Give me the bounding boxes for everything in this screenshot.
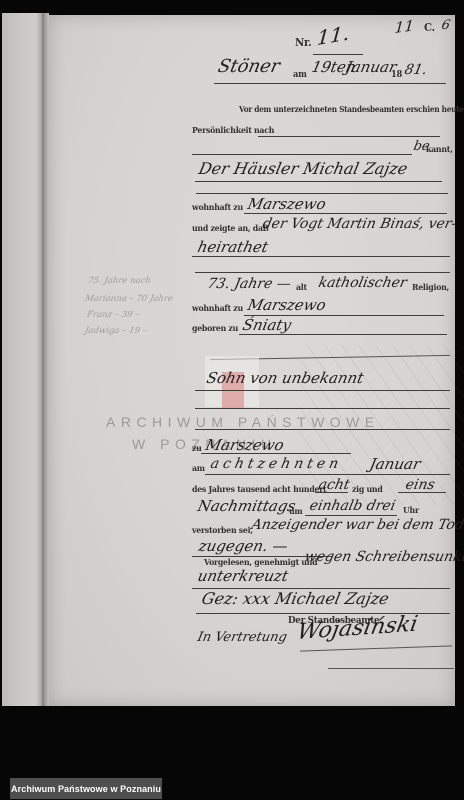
deceased-name-handwritten: der Vogt Martin Binaś, ver- <box>261 216 458 232</box>
um-label: um <box>289 507 302 517</box>
margin-note-line2: Marianna – 70 Jahre <box>84 294 174 304</box>
ruled-line <box>192 256 450 257</box>
year-tens-handwritten: acht <box>317 477 351 493</box>
archive-banner-label: Archiwum Państwowe w Poznaniu <box>11 784 161 794</box>
declarant-residence-handwritten: Marszewo <box>246 195 328 213</box>
ruled-line <box>315 492 348 493</box>
ruled-line <box>398 492 446 493</box>
death-day-handwritten: achtzehnten <box>209 456 344 472</box>
death-place-handwritten: Marszewo <box>204 436 286 454</box>
adjacent-page-edge <box>2 13 42 706</box>
corner-classification-letter: C. <box>424 21 435 34</box>
deputy-note-handwritten: In Vertretung <box>196 630 288 645</box>
anzeige-label: und zeigte an, daß <box>192 224 268 234</box>
year-ones-handwritten: eins <box>404 477 436 493</box>
birthplace-handwritten: Śniaty <box>241 316 293 334</box>
ruled-line <box>328 668 454 669</box>
year-prefix-printed: 18 <box>391 70 402 80</box>
deceased-status-handwritten: heirathet <box>196 238 270 256</box>
ruled-line <box>258 136 440 137</box>
corner-page-number-handwritten: 11 <box>394 17 415 37</box>
year-handwritten: 81. <box>403 62 429 78</box>
persoenlichkeit-label: Persönlichkeit nach <box>192 126 274 136</box>
ruled-line <box>313 54 363 55</box>
geboren-label: geboren zu <box>192 324 238 334</box>
closing-note-handwritten-2: unterkreuzt <box>196 567 290 585</box>
ruled-line <box>195 390 450 391</box>
witness-note-handwritten-1: Anzeigender war bei dem Tode <box>250 517 464 533</box>
nr-label: Nr. <box>295 36 311 49</box>
declarant-signature-handwritten: Gez: xxx Michael Zajze <box>200 589 391 608</box>
bekannt-label: kannt, <box>426 145 453 155</box>
religion-handwritten: katholischer <box>317 275 408 291</box>
margin-note-line1: 75. Jahre nach <box>87 276 152 286</box>
ruled-line <box>214 83 446 84</box>
wohnhaft-label-1: wohnhaft zu <box>192 203 243 213</box>
year-line-label: des Jahres tausend acht hundert <box>192 485 326 495</box>
verstorben-label: verstorben sei, <box>192 526 253 536</box>
daytime-handwritten: Nachmittags <box>196 497 297 515</box>
archive-scan: 11 C. 6 Nr. 11. Stöner am 19ten Januar 1… <box>0 0 464 800</box>
archive-watermark-line1: ARCHIWUM PAŃSTWOWE <box>106 414 380 430</box>
uhr-label: Uhr <box>403 506 419 516</box>
deceased-residence-handwritten: Marszewo <box>246 296 328 314</box>
ruled-line <box>244 213 447 214</box>
registry-place-handwritten: Stöner <box>216 56 282 77</box>
form-intro-line: Vor dem unterzeichneten Standesbeamten e… <box>239 104 464 114</box>
declarant-name-handwritten: Der Häusler Michal Zajze <box>197 159 409 178</box>
hour-handwritten: einhalb drei <box>308 498 397 514</box>
ruled-line <box>239 334 447 335</box>
closing-note-handwritten-1: wegen Schreibensunkunde <box>303 549 464 565</box>
ruled-line <box>195 181 442 182</box>
ruled-line <box>195 272 450 273</box>
wohnhaft-label-2: wohnhaft zu <box>192 304 243 314</box>
age-handwritten: 73. Jahre — <box>206 276 293 292</box>
witness-note-handwritten-2: zugegen. — <box>197 537 290 555</box>
archive-banner: Archiwum Państwowe w Poznaniu <box>10 778 162 799</box>
am-label-2: am <box>192 464 205 474</box>
ruled-line <box>201 453 351 454</box>
am-label: am <box>293 70 307 80</box>
ruled-line <box>205 474 450 475</box>
margin-note-line3: Franz – 39 – <box>86 310 140 320</box>
ruled-line <box>192 154 412 155</box>
religion-label: Religion, <box>412 283 449 293</box>
zig-und-label: zig und <box>352 485 383 495</box>
parentage-handwritten: Sohn von unbekannt <box>205 369 365 387</box>
ruled-line <box>196 193 448 194</box>
binding-gutter-shadow <box>42 13 49 706</box>
death-month-handwritten: Januar <box>368 455 422 473</box>
ruled-line <box>195 408 450 409</box>
margin-note-line4: Jadwiga – 19 – <box>84 326 148 336</box>
ruled-line <box>305 515 397 516</box>
alt-label: alt <box>296 283 307 293</box>
